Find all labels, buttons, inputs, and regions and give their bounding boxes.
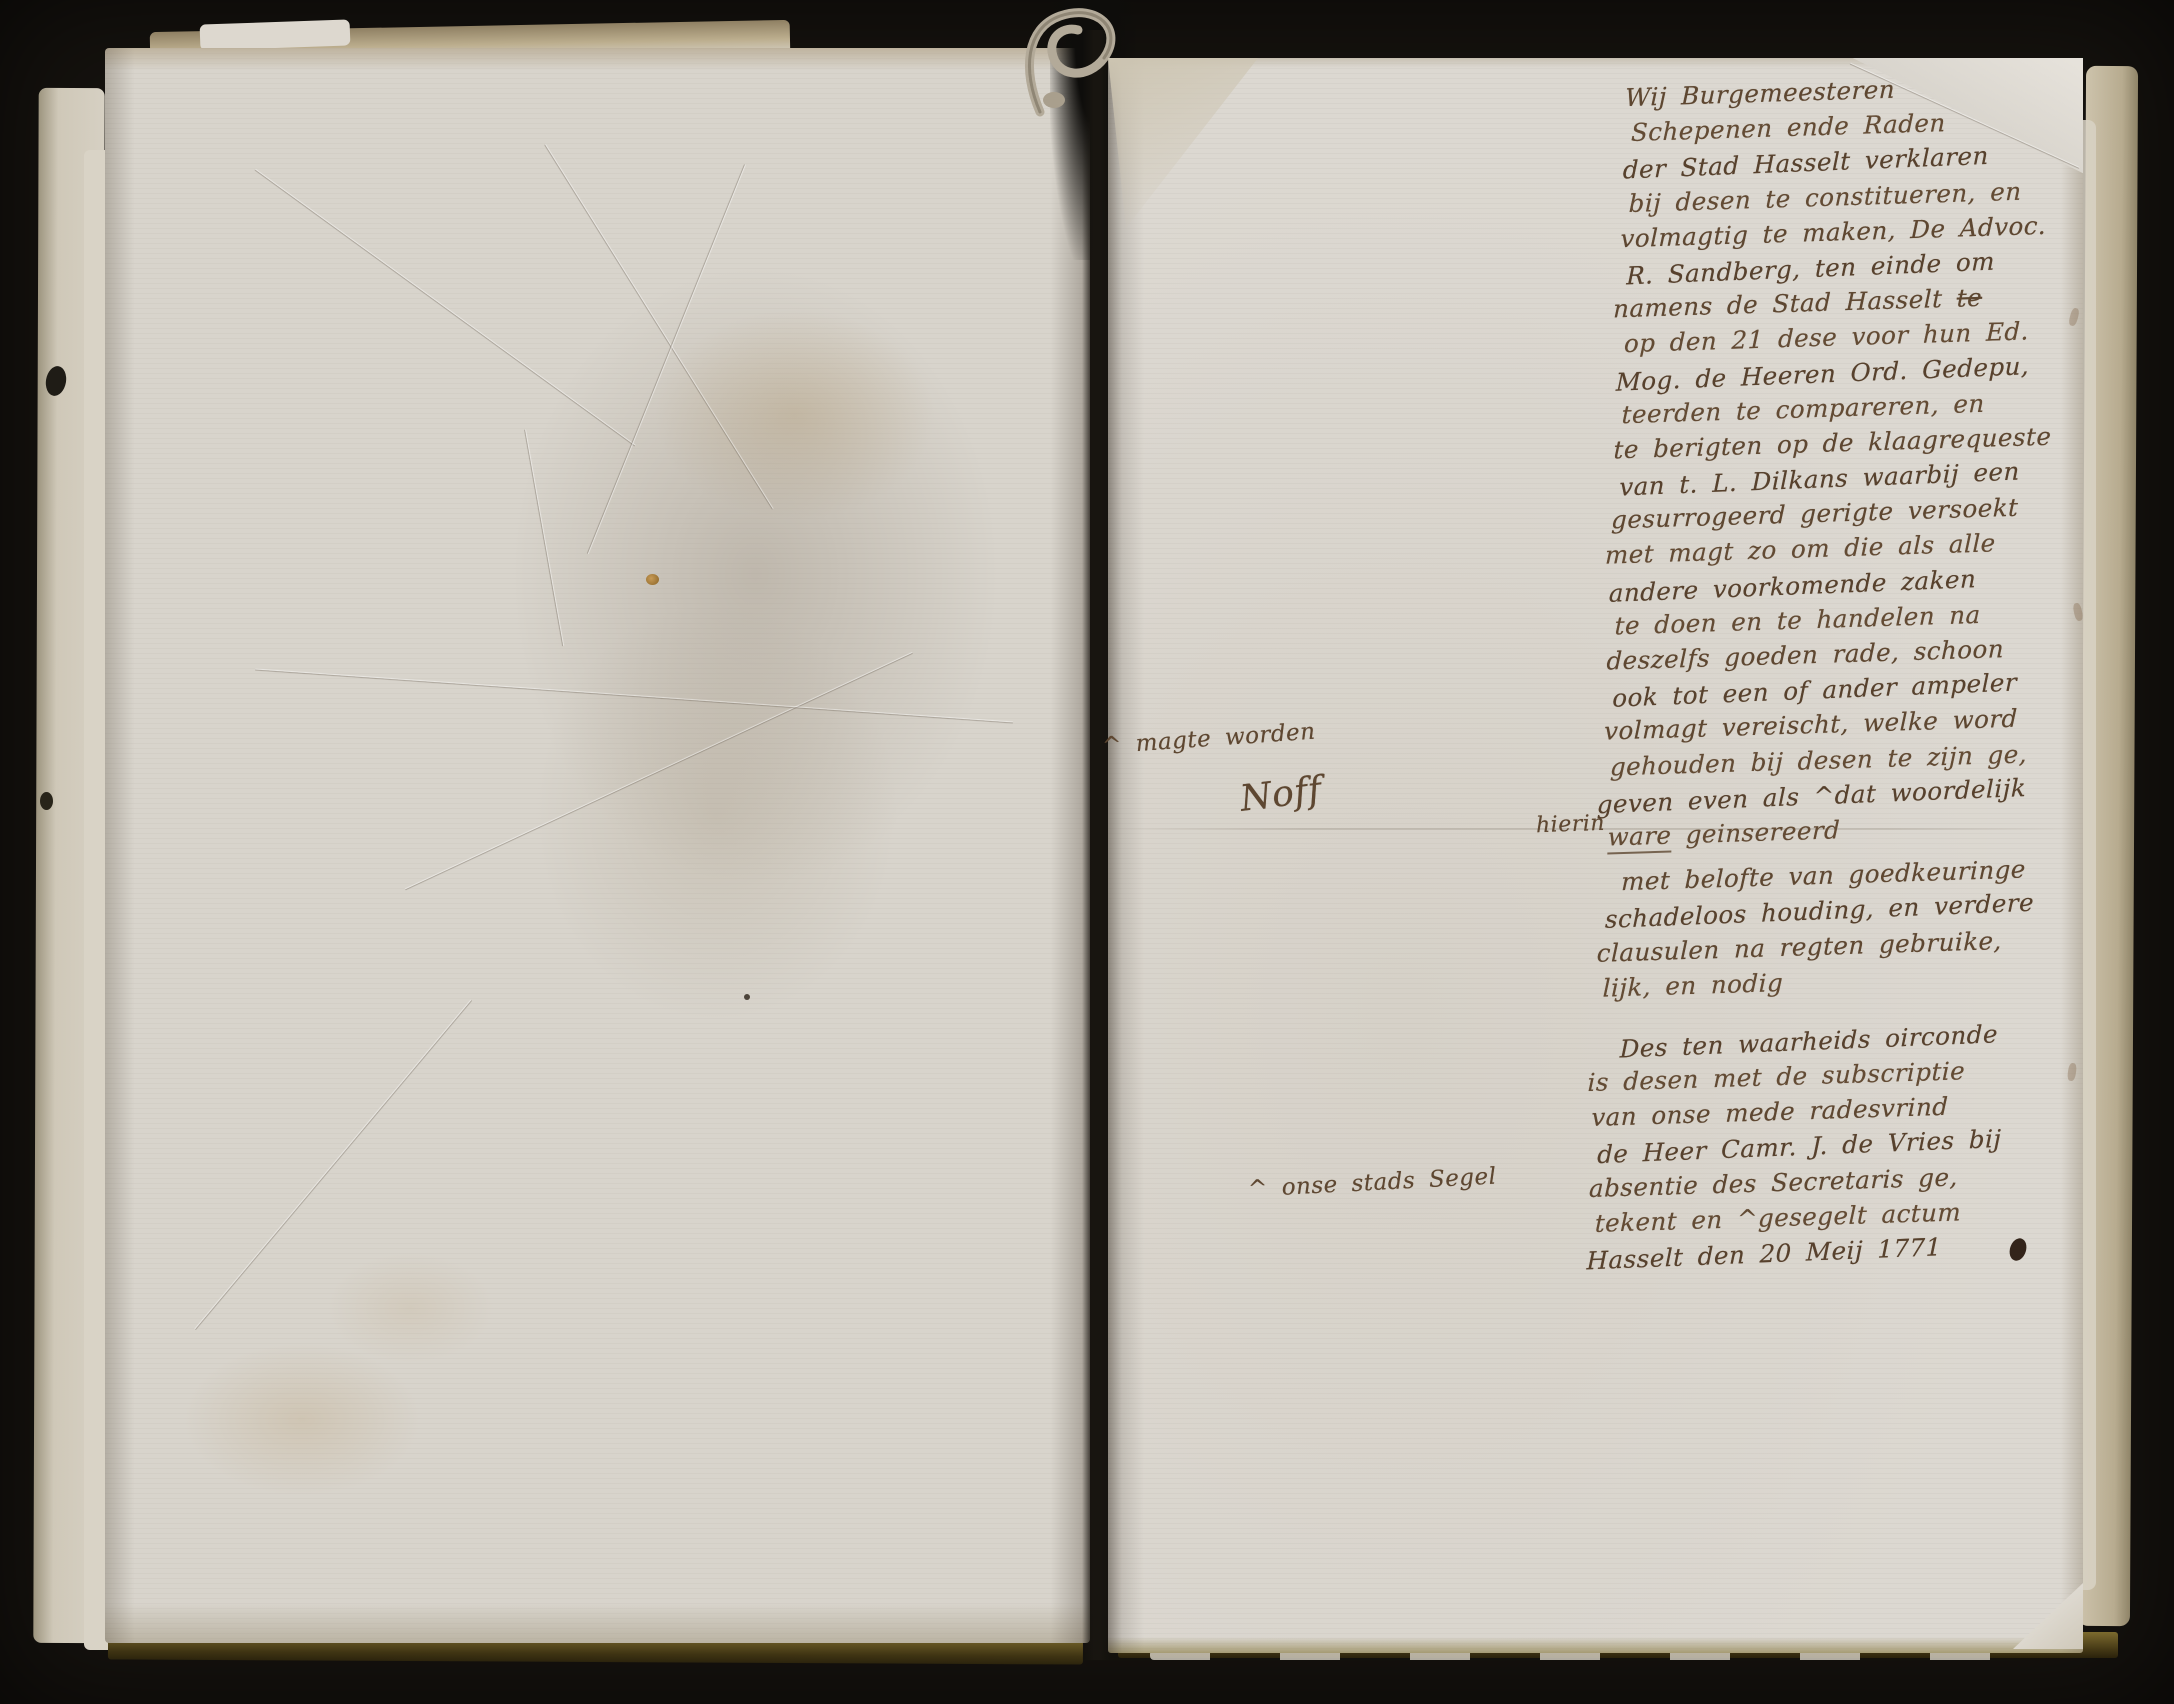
bottom-right-corner-fold <box>2013 1583 2083 1649</box>
crease-line <box>255 668 1013 724</box>
underlined-word: ware <box>1607 820 1671 854</box>
stain-spot <box>646 574 659 585</box>
text-word: geinsereerd <box>1671 815 1840 849</box>
margin-insert-stads-segel: ^ onse stads Segel <box>1247 1164 1497 1203</box>
crease-line <box>404 651 913 890</box>
right-manuscript-page: Wij BurgemeesterenSchepenen ende Radende… <box>1108 58 2083 1653</box>
crease-line <box>254 168 636 447</box>
crease-line <box>524 429 565 646</box>
manuscript-photo: Wij BurgemeesterenSchepenen ende Radende… <box>0 0 2174 1704</box>
crease-line <box>544 144 774 510</box>
margin-insert-magte-worden: ^ magte worden <box>1101 719 1316 760</box>
gutter-under-sheet <box>1108 58 1258 228</box>
crease-line <box>586 164 746 555</box>
margin-word-hierin: hierin <box>1536 811 1606 838</box>
left-blank-page <box>105 48 1090 1643</box>
page-hole <box>40 792 53 810</box>
left-page-top-corner-sheet <box>200 19 351 50</box>
ink-speck <box>744 994 750 1000</box>
main-text: Wij BurgemeesterenSchepenen ende Radende… <box>1586 66 2171 1273</box>
crease-line <box>194 999 473 1330</box>
struck-word: te <box>1956 283 1982 313</box>
margin-mark-noff: Noff <box>1238 769 1324 820</box>
